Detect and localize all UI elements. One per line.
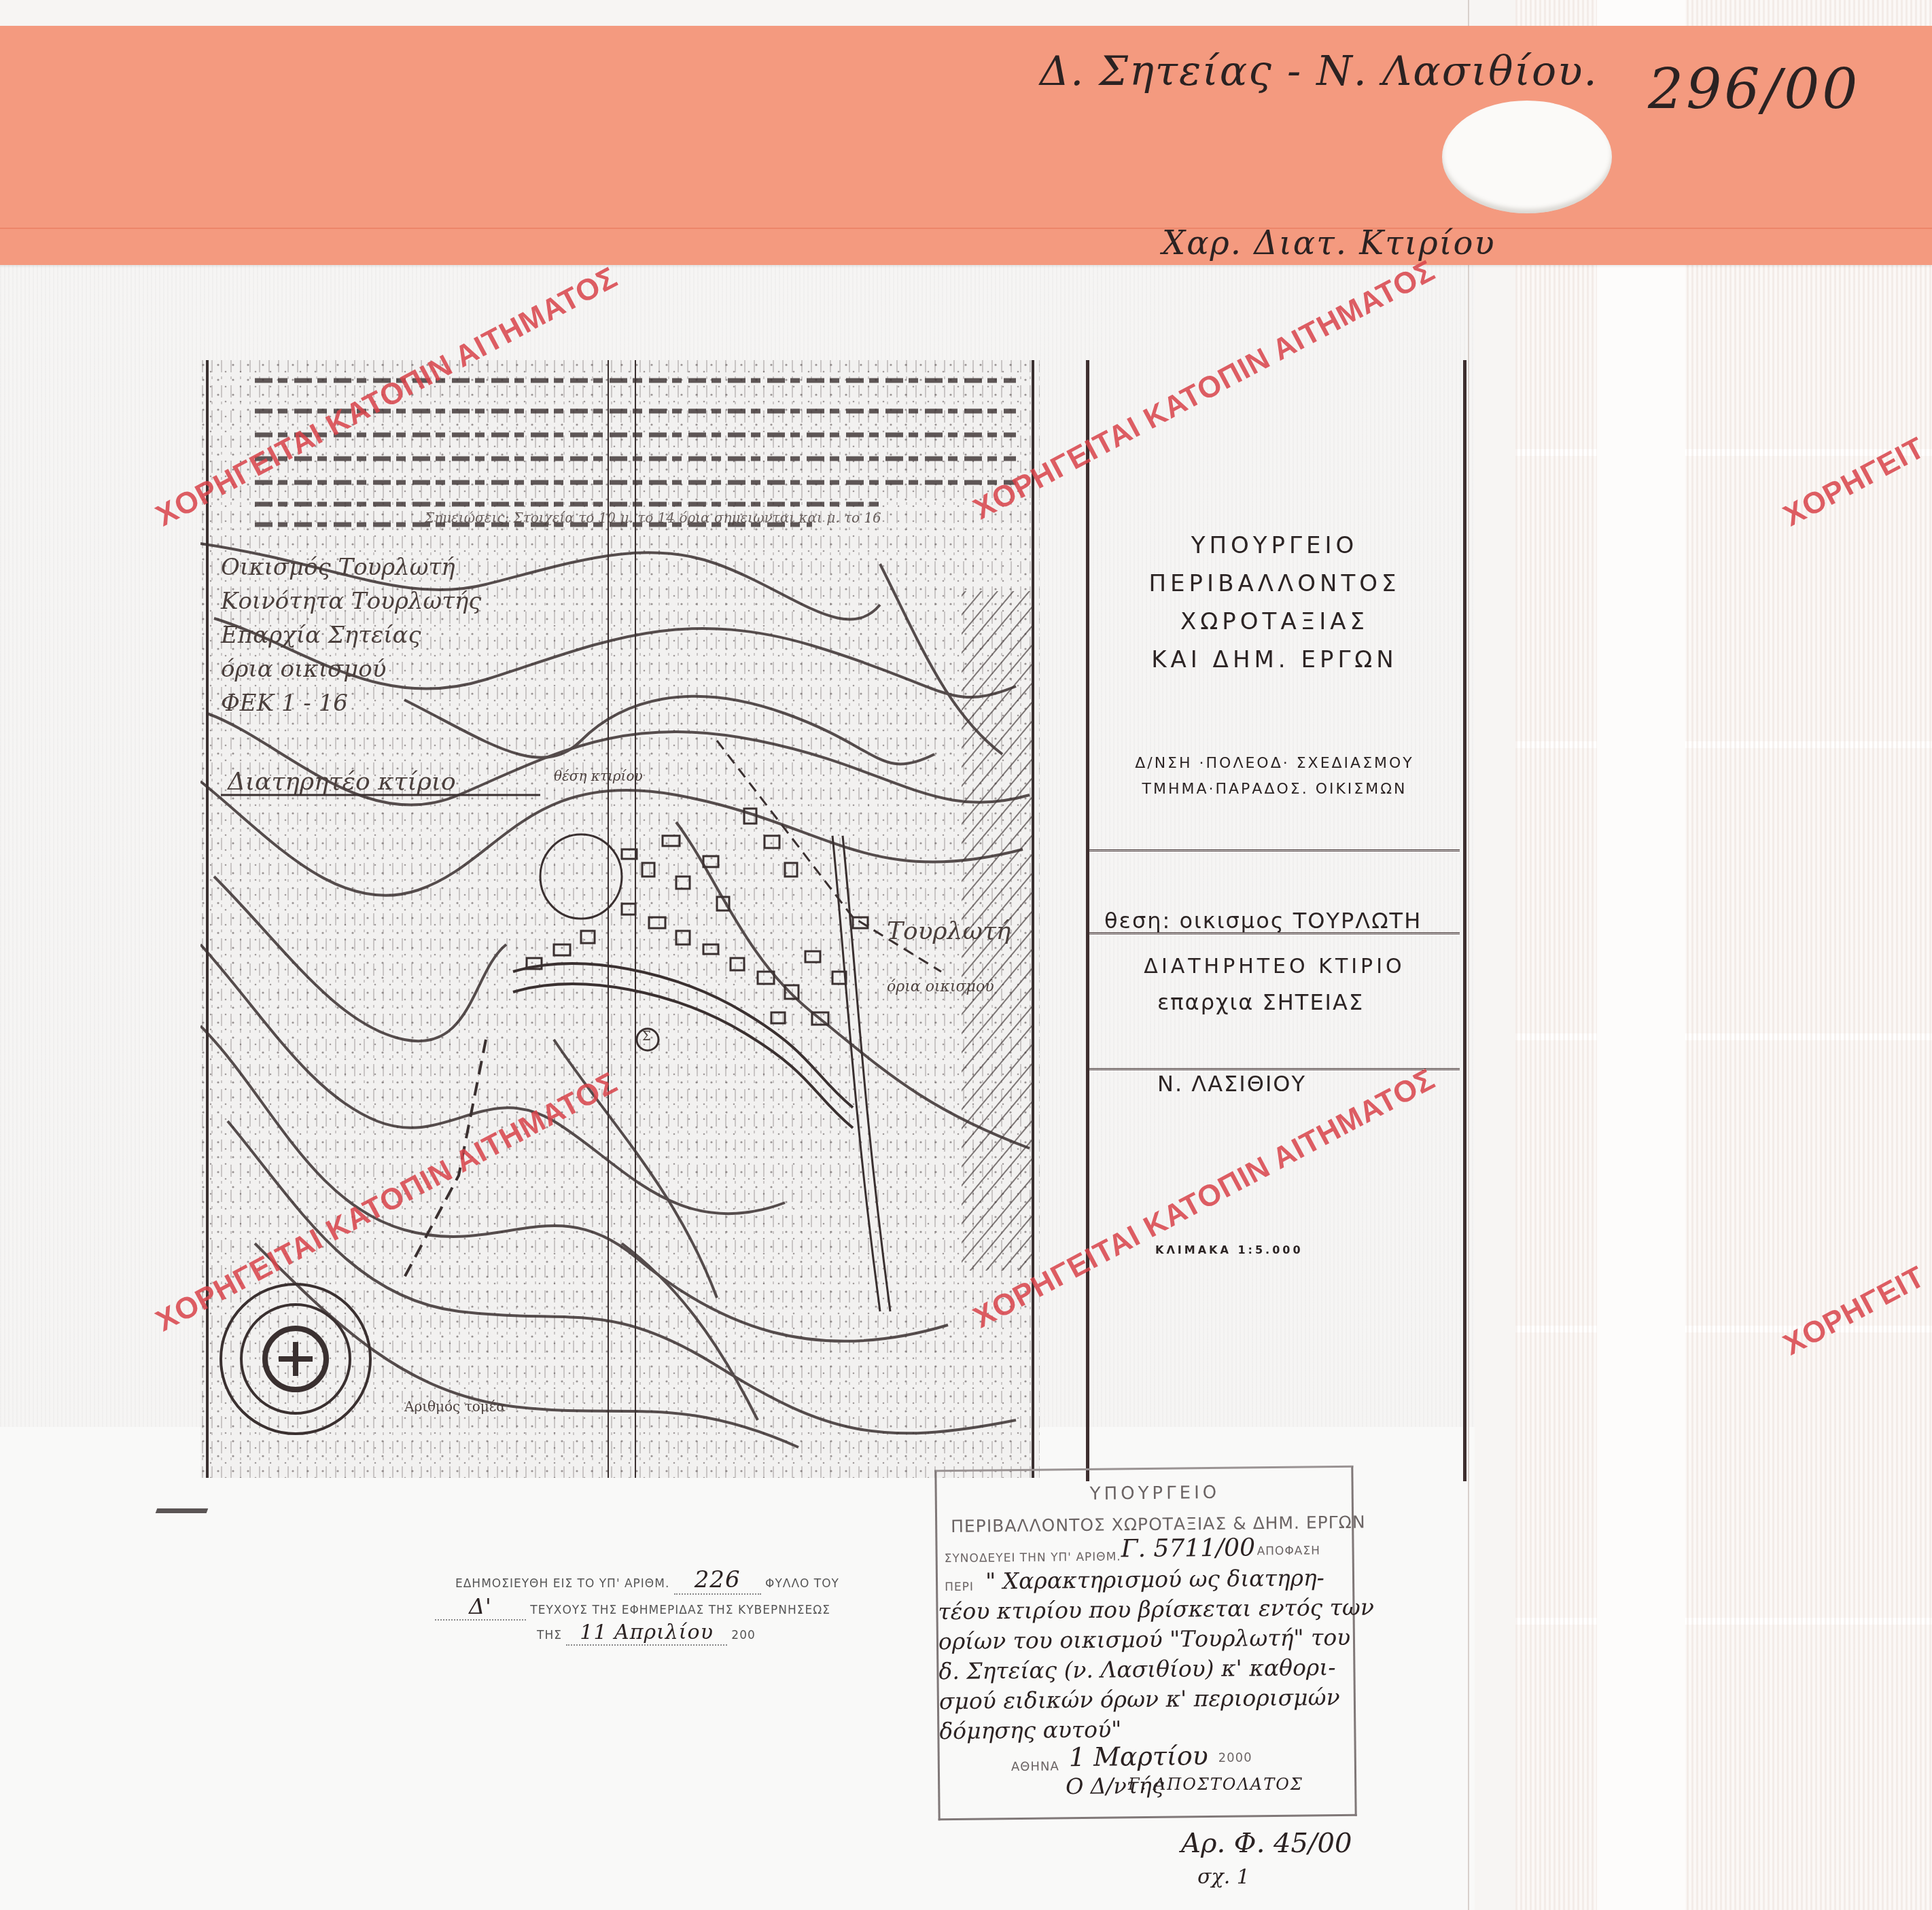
decision-stamp: ΥΠΟΥΡΓΕΙΟ ΠΕΡΙΒΑΛΛΟΝΤΟΣ ΧΩΡΟΤΑΞΙΑΣ & ΔΗΜ… [934, 1466, 1356, 1820]
signer-name: Γ. ΑΠΟΣΤΟΛΑΤΟΣ [1128, 1775, 1303, 1794]
pub-issue: Δ' [435, 1593, 526, 1621]
stamp-header: ΠΕΡΙΒΑΛΛΟΝΤΟΣ ΧΩΡΟΤΑΞΙΑΣ & ΔΗΜ. ΕΡΓΩΝ [951, 1513, 1366, 1536]
backing-sheet-texture [1515, 0, 1932, 1910]
tab-subtitle: Χαρ. Διατ. Κτιρίου [1162, 224, 1496, 262]
tab-fold-line [0, 228, 1932, 229]
decision-subject-line: δ. Σητείας (ν. Λασιθίου) κ' καθορι- [938, 1654, 1335, 1684]
pub-sheet-number: 226 [674, 1566, 761, 1595]
pub-label: ΤΕΥΧΟΥΣ ΤΗΣ ΕΦΗΜΕΡΙΔΑΣ ΤΗΣ ΚΥΒΕΡΝΗΣΕΩΣ [530, 1604, 830, 1617]
topographic-map: Οικισμός Τουρλωτή Κοινότητα Τουρλωτής Επ… [200, 360, 1040, 1478]
decision-subject-line: τέου κτιρίου που βρίσκεται εντός των [938, 1593, 1374, 1625]
tab-title: Δ. Σητείας - Ν. Λασιθίου. [1040, 48, 1598, 95]
map-boundary-label: όρια οικισμού [887, 978, 994, 995]
map-village-label: Τουρλωτή [887, 917, 1011, 945]
sheet-edge-line [1468, 0, 1469, 1910]
ministry-line: ΧΩΡΟΤΑΞΙΑΣ [1089, 603, 1460, 641]
decision-subject-line: " Χαρακτηρισμού ως διατηρη- [985, 1564, 1324, 1594]
decision-subject-line: σμού ειδικών όρων κ' περιορισμών [939, 1684, 1340, 1714]
department-line: ΤΜΗΜΑ·ΠΑΡΑΔΟΣ. ΟΙΚΙΣΜΩΝ [1089, 777, 1460, 802]
stamp-label: ΣΥΝΟΔΕΥΕΙ ΤΗΝ ΥΠ' ΑΡΙΘΜ. [945, 1550, 1121, 1566]
title-block-divider [1089, 932, 1460, 934]
decision-subject-line: δόμησης αυτού" [939, 1716, 1121, 1744]
folder-label-tab [0, 26, 1932, 265]
location-block: θεση: οικισμος ΤΟΥΡΛΩΤΗ επαρχια ΣΗΤΕΙΑΣ … [1104, 853, 1422, 1125]
ministry-line: ΚΑΙ ΔΗΜ. ΕΡΓΩΝ [1089, 641, 1460, 679]
ministry-name: ΥΠΟΥΡΓΕΙΟ ΠΕΡΙΒΑΛΛΟΝΤΟΣ ΧΩΡΟΤΑΞΙΑΣ ΚΑΙ Δ… [1089, 527, 1460, 679]
ministry-line: ΠΕΡΙΒΑΛΛΟΝΤΟΣ [1089, 565, 1460, 603]
pub-year: 200 [731, 1629, 755, 1642]
stamp-label: ΠΕΡΙ [945, 1580, 974, 1594]
map-legend-line: Επαρχία Σητείας [221, 618, 481, 652]
drawing-subject: ΔΙΑΤΗΡΗΤΕΟ ΚΤΙΡΙΟ [1089, 955, 1460, 978]
map-notes: Σημειώσεις: Στοιχεία το 10 μ. το 14 όρια… [425, 510, 881, 526]
department-line: Δ/ΝΣΗ ·ΠΟΛΕΟΔ· ΣΧΕΔΙΑΣΜΟΥ [1089, 751, 1460, 777]
drawing-scale: ΚΛΙΜΑΚΑ 1:5.000 [1155, 1243, 1303, 1256]
title-block-divider [1089, 1068, 1460, 1070]
location-label: θεση: [1104, 908, 1171, 934]
map-marker-symbol: Σ [642, 1029, 651, 1044]
scan-mark [156, 1508, 209, 1513]
decision-number: Γ. 5711/00 [1121, 1534, 1255, 1563]
location-line: επαρχια ΣΗΤΕΙΑΣ [1104, 989, 1422, 1016]
pub-label: ΦΥΛΛΟ ΤΟΥ [765, 1577, 839, 1591]
stamp-city: ΑΘΗΝΑ [1011, 1759, 1059, 1774]
pub-date: 11 Απριλίου [566, 1621, 727, 1646]
map-legend-line: ΦΕΚ 1 - 16 [221, 686, 481, 720]
archive-file-number: Αρ. Φ. 45/00 [1181, 1828, 1352, 1859]
stamp-header: ΥΠΟΥΡΓΕΙΟ [1090, 1483, 1220, 1504]
punch-hole [1442, 101, 1612, 213]
decision-subject-line: ορίων του οικισμού "Τουρλωτή" του [938, 1624, 1351, 1655]
map-legend-line: Κοινότητα Τουρλωτής [221, 584, 481, 618]
map-seal-label: Αριθμός τομέα [404, 1398, 506, 1415]
map-building-label: Διατηρητέο κτίριο [228, 768, 456, 796]
pub-label: ΤΗΣ [537, 1629, 562, 1642]
backing-sheet-gap [1597, 0, 1685, 1910]
archive-copy: σχ. 1 [1197, 1865, 1250, 1889]
map-legend: Οικισμός Τουρλωτή Κοινότητα Τουρλωτής Επ… [221, 550, 481, 720]
decision-date: 1 Μαρτίου [1069, 1741, 1209, 1772]
map-position-label: θέση κτιρίου [554, 768, 643, 784]
decision-year: 2000 [1218, 1750, 1252, 1765]
department-name: Δ/ΝΣΗ ·ΠΟΛΕΟΔ· ΣΧΕΔΙΑΣΜΟΥ ΤΜΗΜΑ·ΠΑΡΑΔΟΣ.… [1089, 751, 1460, 802]
stamp-label: ΑΠΟΦΑΣΗ [1257, 1544, 1320, 1558]
title-block-divider [1089, 849, 1460, 851]
ministry-line: ΥΠΟΥΡΓΕΙΟ [1089, 527, 1460, 565]
pub-label: ΕΔΗΜΟΣΙΕΥΘΗ ΕΙΣ ΤΟ ΥΠ' ΑΡΙΘΜ. [455, 1577, 669, 1591]
location-line: οικισμος ΤΟΥΡΛΩΤΗ [1179, 908, 1422, 934]
map-legend-line: Οικισμός Τουρλωτή [221, 550, 481, 584]
map-legend-line: όρια οικισμού [221, 652, 481, 686]
tab-file-number: 296/00 [1648, 58, 1860, 122]
